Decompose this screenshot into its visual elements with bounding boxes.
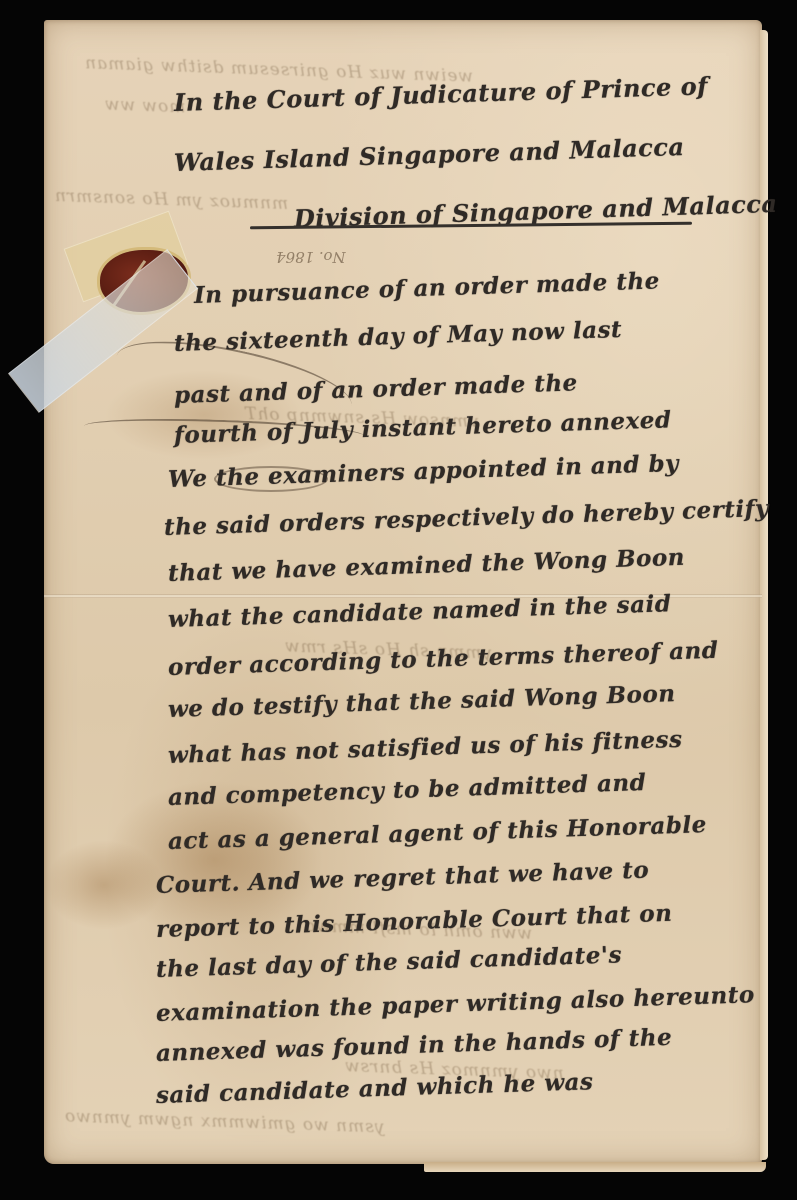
paper-edge-bottom <box>424 1162 766 1172</box>
seal-attachment <box>0 188 210 378</box>
body-line: that we have examined the Wong Boon <box>168 544 686 587</box>
docket-note: No. 1864 <box>276 248 346 266</box>
body-line: said candidate and which he was <box>156 1068 594 1109</box>
body-line: and competency to be admitted and <box>168 769 647 811</box>
body-line: In pursuance of an order made the <box>194 267 661 309</box>
body-line: what has not satisfied us of his fitness <box>168 726 683 769</box>
body-line: the said orders respectively do hereby c… <box>164 495 770 541</box>
body-line: the last day of the said candidate's <box>156 941 623 983</box>
body-line: We the examiners appointed in and by <box>168 450 680 493</box>
body-line: we do testify that the said Wong Boon <box>168 680 676 723</box>
water-stain <box>44 840 164 930</box>
bleed-through-text: ysmn wo gmiwmmx ngwm ymnwo <box>64 1106 385 1137</box>
heading-line-2: Wales Island Singapore and Malacca <box>174 132 685 177</box>
scan-background: weiwn wuz Ho gnirsesum dsithw giaman mow… <box>0 0 797 1200</box>
body-line: the sixteenth day of May now last <box>174 316 623 357</box>
body-line: examination the paper writing also hereu… <box>156 981 756 1027</box>
